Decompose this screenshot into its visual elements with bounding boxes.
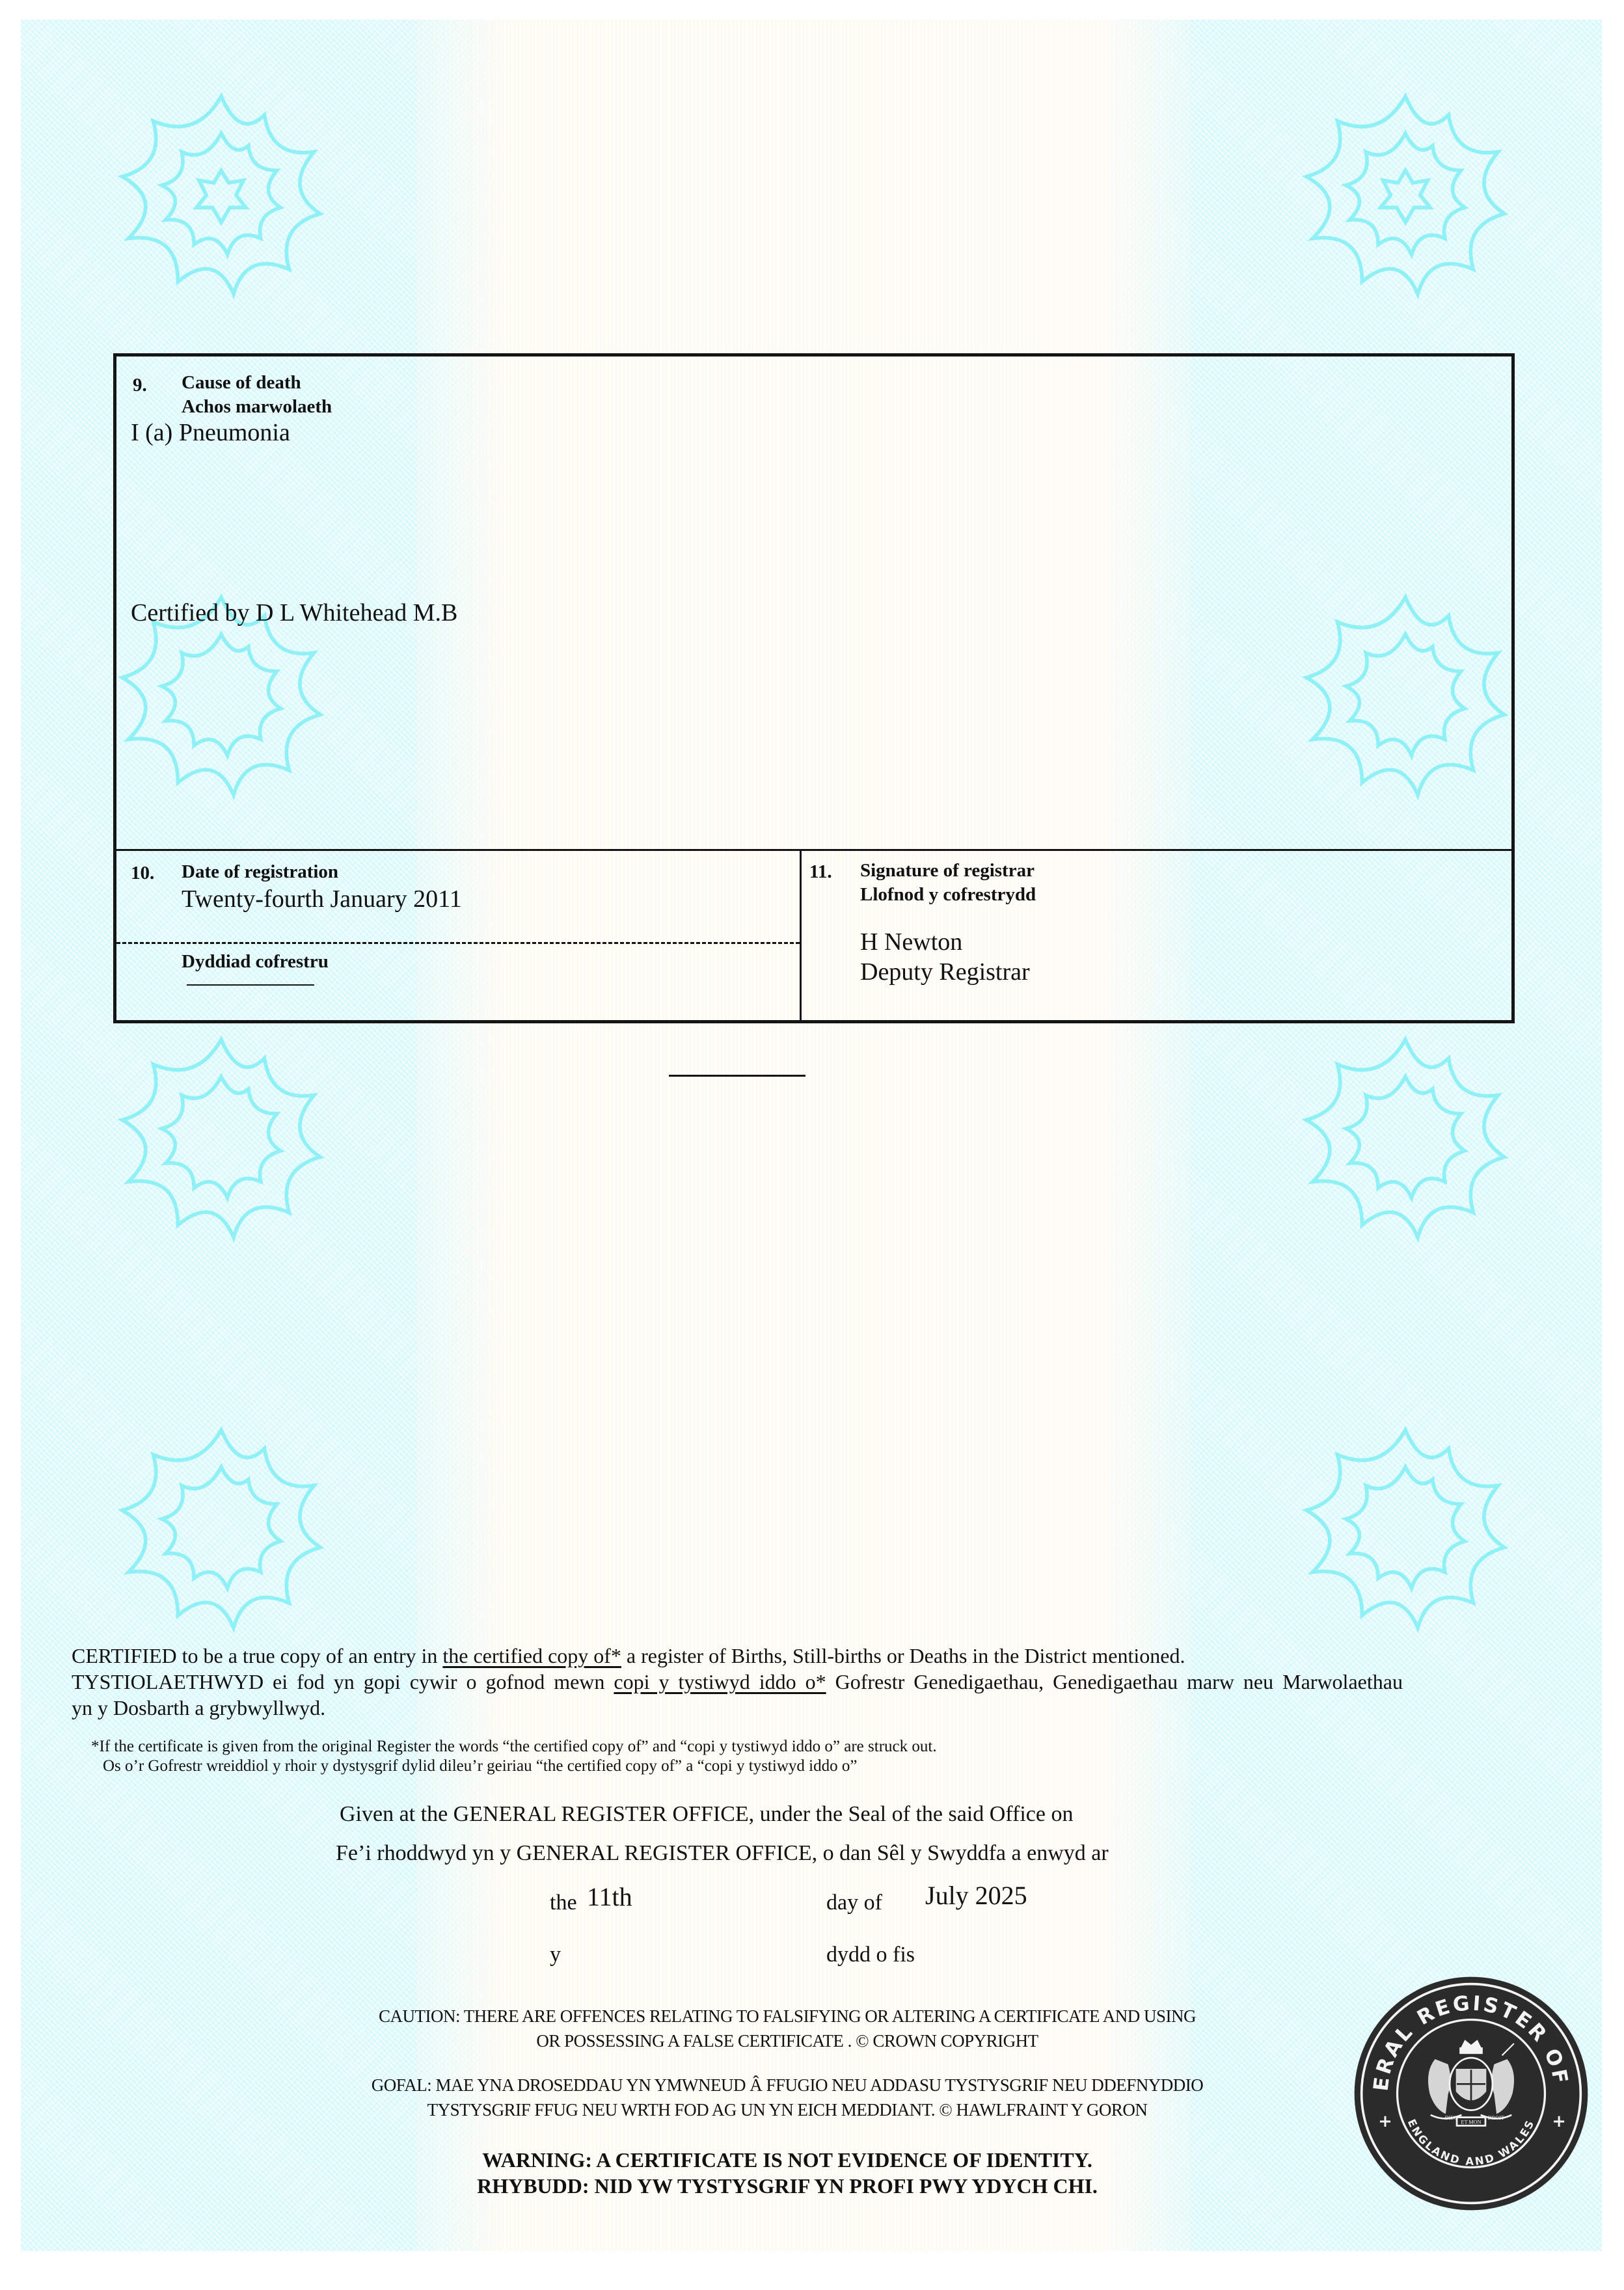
cause-of-death-section: 9. Cause of death Achos marwolaeth I (a)… xyxy=(116,357,1511,851)
certification-statement: CERTIFIED to be a true copy of an entry … xyxy=(72,1643,1620,1721)
end-of-entry-rule xyxy=(669,1075,805,1077)
registrar-title: Deputy Registrar xyxy=(860,958,1030,986)
underlined-phrase: copi y tystiwyd iddo o* xyxy=(614,1670,826,1693)
issue-day-value: 11th xyxy=(587,1881,632,1912)
registrar-signature-section: 11. Signature of registrar Llofnod y cof… xyxy=(802,851,1511,1023)
label-welsh: Dyddiad cofrestru xyxy=(182,950,329,974)
label-english: Date of registration xyxy=(182,860,338,884)
field-number: 11. xyxy=(809,861,832,883)
the-label: the xyxy=(550,1891,577,1915)
warning-english: WARNING: A CERTIFICATE IS NOT EVIDENCE O… xyxy=(273,2147,1301,2173)
seal-motto-right: DROIT xyxy=(1488,2115,1504,2121)
blank-underline xyxy=(187,984,314,986)
registration-date-value: Twenty-fourth January 2011 xyxy=(182,885,462,913)
field-number: 10. xyxy=(131,863,154,884)
svg-text:+: + xyxy=(1378,2112,1392,2131)
label-welsh: Llofnod y cofrestrydd xyxy=(860,883,1036,907)
label-english: Signature of registrar xyxy=(860,859,1036,883)
svg-text:+: + xyxy=(1552,2112,1565,2131)
caution-welsh: GOFAL: MAE YNA DROSEDDAU YN YMWNEUD Â FF… xyxy=(273,2073,1301,2122)
field-label: Cause of death Achos marwolaeth xyxy=(182,371,332,419)
registrar-name: H Newton xyxy=(860,928,962,956)
certification-welsh: TYSTIOLAETHWYD ei fod yn gopi cywir o go… xyxy=(72,1669,1620,1695)
cause-of-death-value: I (a) Pneumonia xyxy=(131,418,290,447)
certification-welsh-continued: yn y Dosbarth a grybwyllwyd. xyxy=(72,1695,1620,1721)
seal-motto-left: DIEU xyxy=(1445,2115,1458,2121)
general-register-office-seal: GENERAL REGISTER OFFICE ENGLAND AND WALE… xyxy=(1352,1974,1590,2213)
label-welsh: Achos marwolaeth xyxy=(182,395,332,419)
caution-english: CAUTION: THERE ARE OFFENCES RELATING TO … xyxy=(273,2004,1301,2053)
register-entry-box: 9. Cause of death Achos marwolaeth I (a)… xyxy=(113,353,1515,1023)
identity-warning: WARNING: A CERTIFICATE IS NOT EVIDENCE O… xyxy=(273,2147,1301,2199)
field-label: Signature of registrar Llofnod y cofrest… xyxy=(860,859,1036,907)
certification-footnote: *If the certificate is given from the or… xyxy=(91,1737,937,1776)
day-of-label: day of xyxy=(826,1891,882,1915)
seal-motto-center: ET MON xyxy=(1461,2120,1481,2125)
warning-welsh: RHYBUDD: NID YW TYSTYSGRIF YN PROFI PWY … xyxy=(273,2173,1301,2199)
footnote-welsh: Os o’r Gofrestr wreiddiol y rhoir y dyst… xyxy=(91,1757,937,1776)
field-number: 9. xyxy=(133,375,147,396)
underlined-phrase: the certified copy of* xyxy=(442,1644,621,1667)
label-english: Cause of death xyxy=(182,371,332,395)
date-of-registration-section: 10. Date of registration Twenty-fourth J… xyxy=(116,851,802,1023)
dashed-divider xyxy=(116,942,800,944)
certified-by-value: Certified by D L Whitehead M.B xyxy=(131,599,457,627)
issue-month-year-value: July 2025 xyxy=(925,1880,1027,1911)
certification-english: CERTIFIED to be a true copy of an entry … xyxy=(72,1643,1620,1669)
dydd-o-fis-label: dydd o fis xyxy=(826,1943,915,1967)
footnote-english: *If the certificate is given from the or… xyxy=(91,1737,937,1757)
y-label: y xyxy=(550,1943,561,1967)
